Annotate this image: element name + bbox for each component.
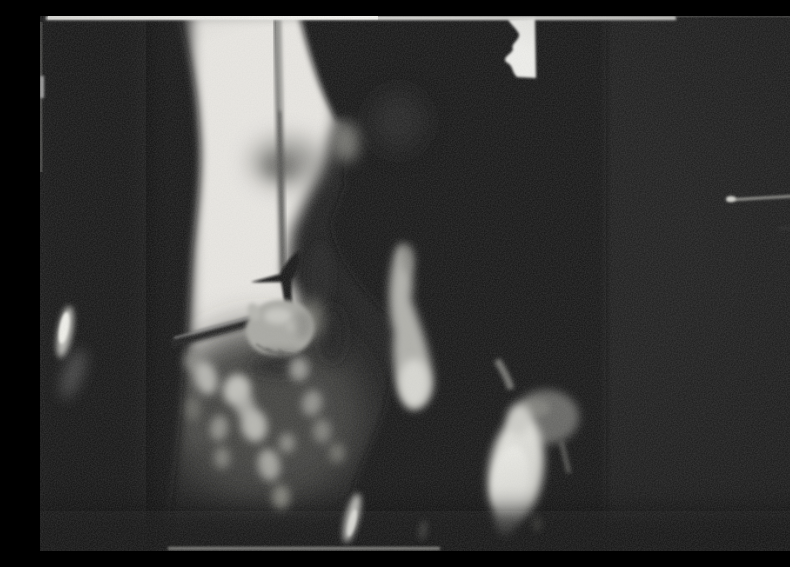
film-grain-overlay bbox=[40, 16, 790, 551]
photograph bbox=[40, 16, 790, 551]
photo-canvas bbox=[40, 16, 790, 551]
